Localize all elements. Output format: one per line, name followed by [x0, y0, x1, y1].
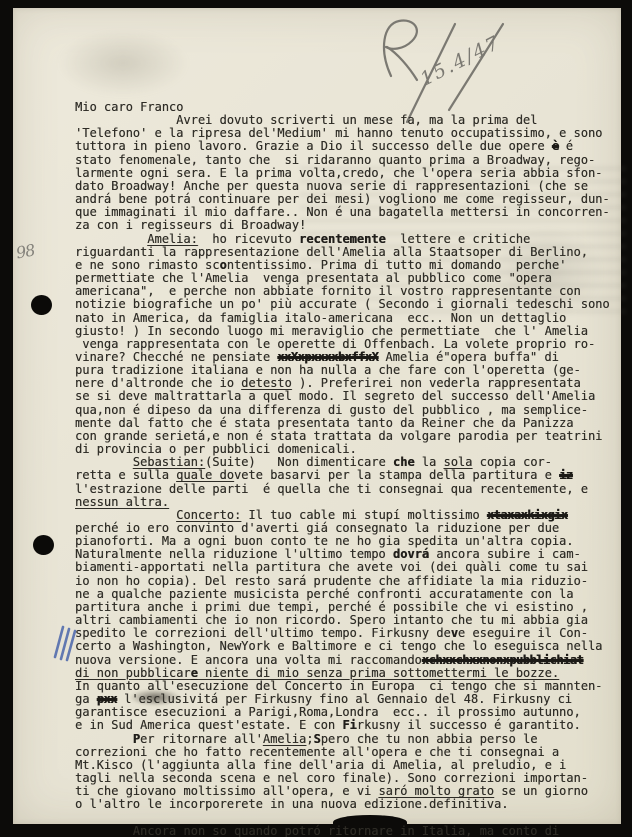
- paper-stain: [58, 30, 188, 96]
- paper: 98 15.4/47 Mio caro Franco Avre: [13, 8, 621, 824]
- pencil-page-number: 98: [14, 241, 35, 263]
- letter-body: Mio caro Franco Avrei dovuto scriverti u…: [75, 101, 621, 837]
- scanned-letter-page: 98 15.4/47 Mio caro Franco Avre: [0, 0, 632, 837]
- letter-line: o l'altro le incorporerete in una nuova …: [75, 798, 621, 811]
- punch-hole-top: [31, 295, 52, 315]
- punch-hole-bottom: [33, 535, 54, 555]
- letter-line: Ancora non so quando potró ritornare in …: [75, 825, 621, 837]
- scan-edge-artifact: [333, 815, 407, 824]
